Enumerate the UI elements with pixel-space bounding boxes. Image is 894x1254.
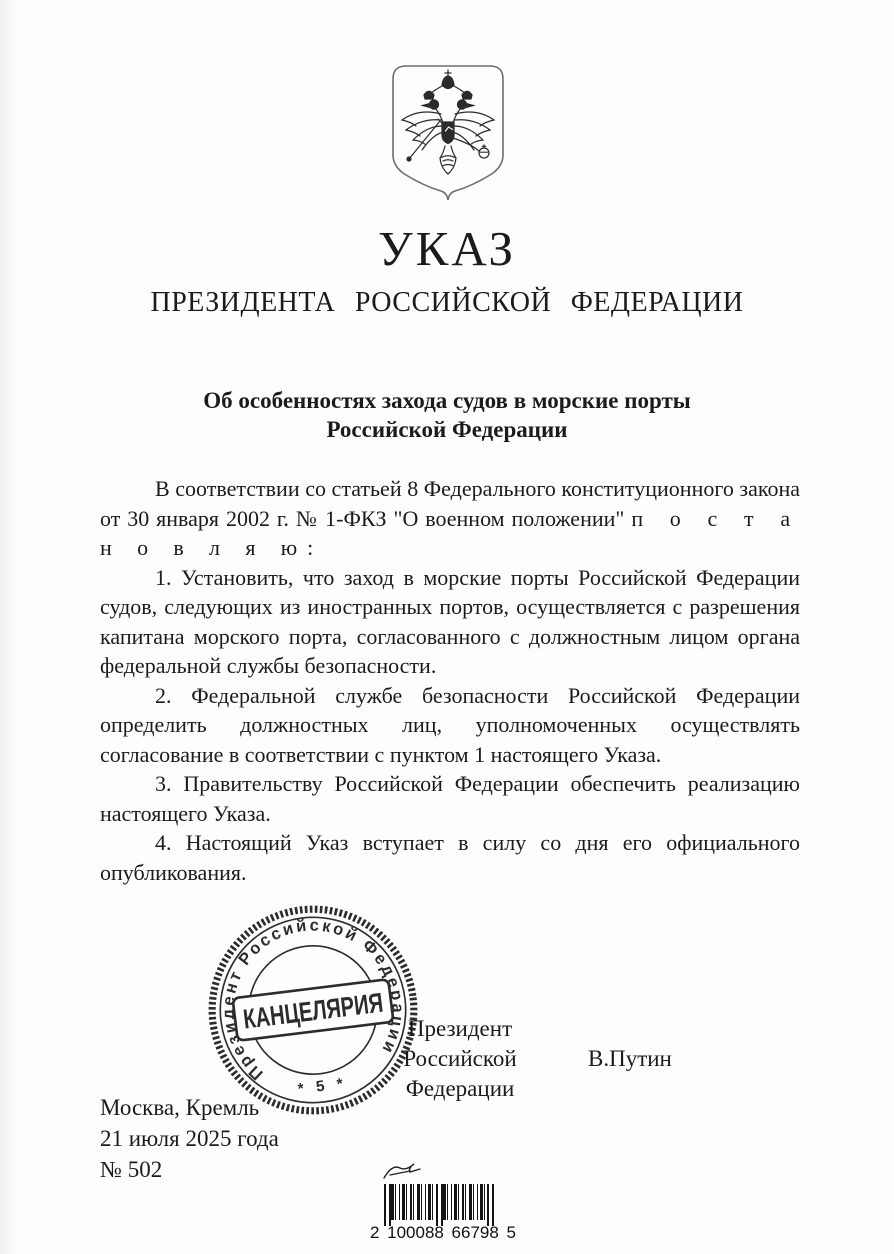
stamp-bottom-text: * 5 *	[297, 1075, 348, 1098]
barcode: 2 100088 66798 5	[370, 1158, 530, 1243]
issuance-block: Москва, Кремль 21 июля 2025 года № 502	[100, 1092, 279, 1185]
decree-item-2: 2. Федеральной службе безопасности Росси…	[100, 681, 800, 770]
barcode-digit-group-3: 66798	[452, 1223, 499, 1243]
decree-item-4: 4. Настоящий Указ вступает в силу со дня…	[100, 828, 800, 887]
decree-item-1: 1. Установить, что заход в морские порты…	[100, 563, 800, 681]
decree-subject: Об особенностях захода судов в морские п…	[0, 386, 894, 444]
decree-item-3: 3. Правительству Российской Федерации об…	[100, 769, 800, 828]
barcode-digit-group-4: 5	[507, 1223, 516, 1243]
barcode-guard-middle	[436, 1184, 443, 1226]
barcode-digits: 2 100088 66798 5	[370, 1223, 516, 1243]
decree-body: В соответствии со статьей 8 Федерального…	[100, 474, 800, 887]
barcode-digit-group-2: 100088	[387, 1223, 444, 1243]
barcode-guard-right	[487, 1184, 494, 1226]
signature-name: В.Путин	[588, 1046, 672, 1072]
issuance-date: 21 июля 2025 года	[100, 1123, 279, 1154]
decree-document-page: УКАЗ ПРЕЗИДЕНТА РОССИЙСКОЙ ФЕДЕРАЦИИ Об …	[0, 0, 894, 1254]
issuance-place: Москва, Кремль	[100, 1092, 279, 1123]
barcode-guard-left	[384, 1184, 391, 1226]
barcode-bars	[384, 1184, 494, 1220]
pen-mark-icon	[380, 1158, 428, 1184]
decree-issuer-title: ПРЕЗИДЕНТА РОССИЙСКОЙ ФЕДЕРАЦИИ	[0, 287, 894, 319]
decree-preamble: В соответствии со статьей 8 Федерального…	[100, 474, 800, 563]
russia-coat-of-arms-icon	[389, 62, 507, 202]
decree-number: № 502	[100, 1154, 279, 1185]
decree-subject-line-1: Об особенностях захода судов в морские п…	[0, 386, 894, 415]
barcode-digit-group-1: 2	[370, 1223, 379, 1243]
chancellery-stamp: Президент Российской Федерации * 5 * КАН…	[203, 900, 423, 1120]
decree-subject-line-2: Российской Федерации	[0, 415, 894, 444]
decree-kind-title: УКАЗ	[0, 220, 894, 277]
